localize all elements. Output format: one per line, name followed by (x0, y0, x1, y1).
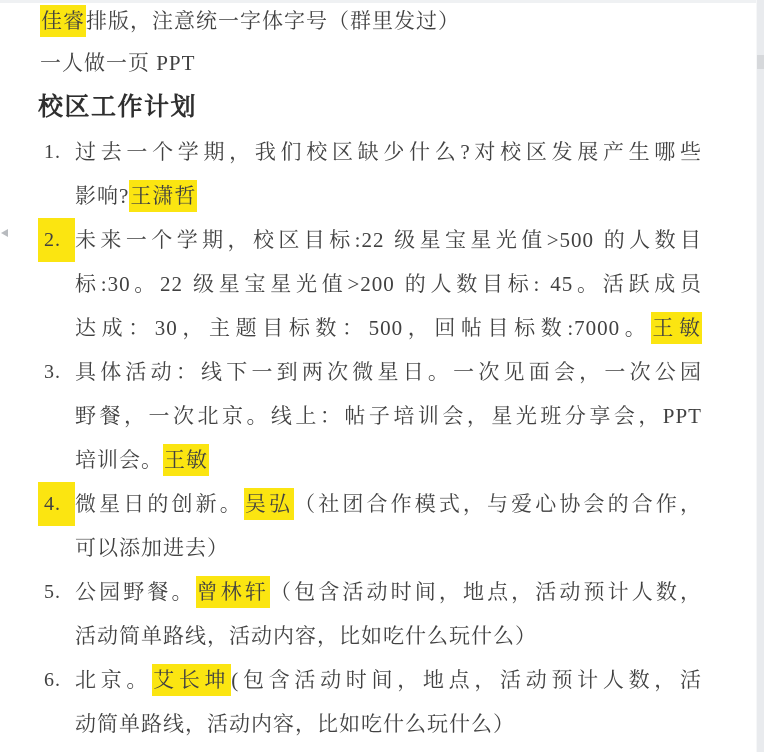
list-continuation-line: 培训会。王敏 (0, 438, 752, 482)
text-run: 校区工作计划 (38, 94, 197, 121)
highlight-run: 王敏 (163, 444, 209, 476)
text-run: 一人做一页 PPT (40, 51, 195, 75)
list-number: 6. (44, 658, 75, 702)
list-continuation-line: 达成：30，主题目标数：500，回帖目标数:7000。王敏 (0, 306, 752, 350)
line-text: 野餐，一次北京。线上：帖子培训会，星光班分享会，PPT (75, 394, 702, 438)
line-text: 影响?王潇哲 (75, 174, 702, 218)
line-text: 具体活动：线下一到两次微星日。一次见面会，一次公园 (75, 350, 702, 394)
list-continuation-line: 标:30。22 级星宝星光值>200 的人数目标: 45。活跃成员 (0, 262, 752, 306)
text-run: 排版，注意统一字体字号（群里发过） (86, 9, 460, 33)
line-text: 达成：30，主题目标数：500，回帖目标数:7000。王敏 (75, 306, 702, 350)
list-number: 5. (44, 570, 75, 614)
line-text: 可以添加进去） (75, 526, 702, 570)
list-number: 1. (44, 130, 75, 174)
highlight-run: 吴弘 (244, 488, 294, 520)
list-continuation-line: 动简单路线，活动内容，比如吃什么玩什么） (0, 702, 752, 746)
list-number: 4. (38, 482, 75, 526)
list-continuation-line: 影响?王潇哲 (0, 174, 752, 218)
line-text: 培训会。王敏 (75, 438, 702, 482)
line-text: 佳睿排版，注意统一字体字号（群里发过） (40, 0, 752, 42)
page-title: 校区工作计划 (0, 84, 752, 130)
list-number: 3. (44, 350, 75, 394)
highlight-run: 王敏 (651, 312, 702, 344)
list-item-line: 2.未来一个学期，校区目标:22 级星宝星光值>500 的人数目 (0, 218, 752, 262)
list-number: 2. (38, 218, 75, 262)
highlight-run: 王潇哲 (129, 180, 197, 212)
line-text: 微星日的创新。吴弘（社团合作模式，与爱心协会的合作， (75, 482, 702, 526)
text-run: 北京。 (75, 668, 152, 692)
text-run: 可以添加进去） (75, 536, 229, 560)
list-continuation-line: 野餐，一次北京。线上：帖子培训会，星光班分享会，PPT (0, 394, 752, 438)
text-run: 标:30。22 级星宝星光值>200 的人数目标: 45。活跃成员 (75, 272, 702, 296)
text-run: 动简单路线，活动内容，比如吃什么玩什么） (75, 712, 515, 736)
text-run: 影响? (75, 184, 129, 208)
list-continuation-line: 活动简单路线，活动内容，比如吃什么玩什么） (0, 614, 752, 658)
list-continuation-line: 可以添加进去） (0, 526, 752, 570)
text-run: 具体活动：线下一到两次微星日。一次见面会，一次公园 (75, 360, 702, 384)
list-item-line: 6.北京。艾长坤(包含活动时间，地点，活动预计人数，活 (0, 658, 752, 702)
line-text: 北京。艾长坤(包含活动时间，地点，活动预计人数，活 (75, 658, 702, 702)
list-item-line: 5.公园野餐。曾林轩（包含活动时间，地点，活动预计人数， (0, 570, 752, 614)
list-item-line: 1.过去一个学期，我们校区缺少什么?对校区发展产生哪些 (0, 130, 752, 174)
scrollbar-track[interactable] (756, 0, 764, 752)
line-text: 校区工作计划 (38, 84, 752, 132)
line-text: 活动简单路线，活动内容，比如吃什么玩什么） (75, 614, 702, 658)
highlight-run: 艾长坤 (152, 664, 231, 696)
highlight-run: 曾林轩 (196, 576, 270, 608)
text-run: (包含活动时间，地点，活动预计人数，活 (231, 668, 702, 692)
text-run: 达成：30，主题目标数：500，回帖目标数:7000。 (75, 316, 651, 340)
line-text: 一人做一页 PPT (40, 42, 752, 84)
text-run: 未来一个学期，校区目标:22 级星宝星光值>500 的人数目 (75, 228, 702, 252)
text-run: 野餐，一次北京。线上：帖子培训会，星光班分享会，PPT (75, 404, 702, 428)
document-page: 佳睿排版，注意统一字体字号（群里发过）一人做一页 PPT校区工作计划1.过去一个… (0, 0, 764, 752)
text-run: 活动简单路线，活动内容，比如吃什么玩什么） (75, 624, 537, 648)
document-body: 佳睿排版，注意统一字体字号（群里发过）一人做一页 PPT校区工作计划1.过去一个… (0, 0, 752, 746)
outline-collapse-arrow-icon[interactable] (1, 229, 8, 237)
line-text: 过去一个学期，我们校区缺少什么?对校区发展产生哪些 (75, 130, 702, 174)
line-text: 标:30。22 级星宝星光值>200 的人数目标: 45。活跃成员 (75, 262, 702, 306)
text-run: 培训会。 (75, 448, 163, 472)
line-text: 公园野餐。曾林轩（包含活动时间，地点，活动预计人数， (75, 570, 702, 614)
line-text: 未来一个学期，校区目标:22 级星宝星光值>500 的人数目 (75, 218, 702, 262)
text-run: 过去一个学期，我们校区缺少什么?对校区发展产生哪些 (75, 140, 702, 164)
text-run: 微星日的创新。 (75, 492, 244, 516)
list-item-line: 3.具体活动：线下一到两次微星日。一次见面会，一次公园 (0, 350, 752, 394)
paragraph-line: 佳睿排版，注意统一字体字号（群里发过） (0, 0, 752, 42)
scrollbar-thumb[interactable] (757, 55, 764, 69)
paragraph-line: 一人做一页 PPT (0, 42, 752, 84)
list-item-line: 4.微星日的创新。吴弘（社团合作模式，与爱心协会的合作， (0, 482, 752, 526)
line-text: 动简单路线，活动内容，比如吃什么玩什么） (75, 702, 702, 746)
text-run: 公园野餐。 (75, 580, 196, 604)
text-run: （社团合作模式，与爱心协会的合作， (294, 492, 702, 516)
highlight-run: 佳睿 (40, 5, 86, 37)
text-run: （包含活动时间，地点，活动预计人数， (270, 580, 702, 604)
